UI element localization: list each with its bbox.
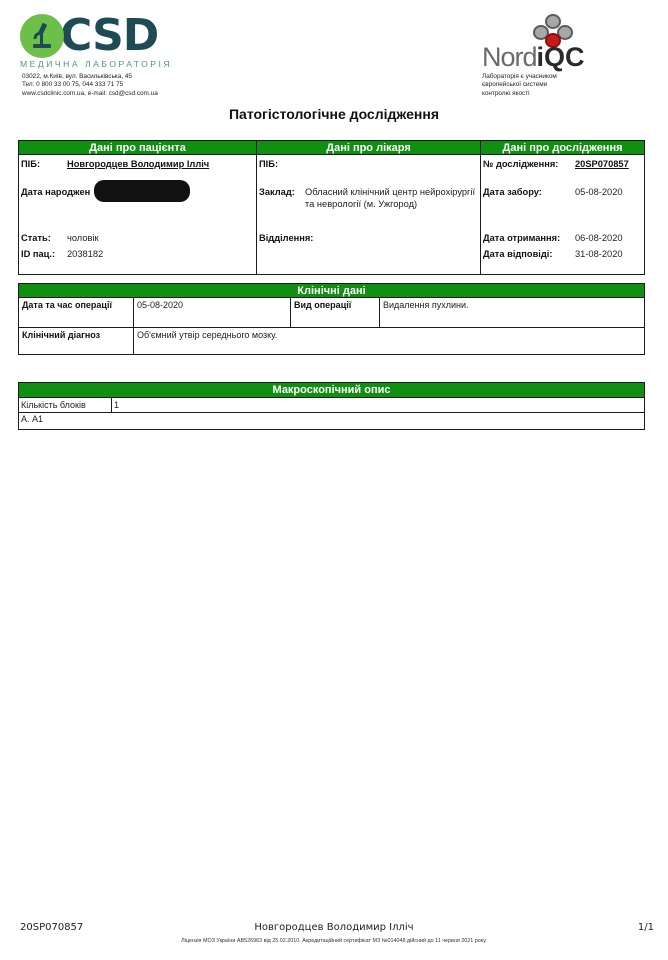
patient-name: Новгородцев Володимир Ілліч <box>67 159 209 169</box>
patient-id: 2038182 <box>67 249 103 259</box>
op-date: 05-08-2020 <box>134 298 291 327</box>
patient-name-label: ПІБ: <box>21 159 40 169</box>
diagnosis: Об'ємний утвір середнього мозку. <box>134 328 644 355</box>
department-label: Відділення: <box>259 233 313 243</box>
patient-dob-label: Дата народжен <box>21 187 90 197</box>
csd-logo: CSD МЕДИЧНА ЛАБОРАТОРІЯ <box>20 14 180 69</box>
csd-logo-text: CSD <box>60 14 158 58</box>
institution-line2: та неврології (м. Ужгород) <box>305 199 417 209</box>
doctor-header: Дані про лікаря <box>257 141 480 155</box>
study-section: Дані про дослідження № дослідження: 20SP… <box>481 141 644 274</box>
study-number-label: № дослідження: <box>483 159 558 169</box>
collection-date-label: Дата забору: <box>483 187 542 197</box>
nordiqc-desc-line: європейської системи <box>482 81 592 89</box>
nordiqc-thin: Nord <box>482 42 537 72</box>
info-table: Дані про пацієнта ПІБ: Новгородцев Волод… <box>18 140 645 275</box>
blocks-label: Кількість блоків <box>19 398 112 412</box>
diagnosis-label: Клінічний діагноз <box>19 328 134 355</box>
csd-web: www.csdclinic.com.ua, e-mail: csd@csd.co… <box>22 90 158 98</box>
response-date-label: Дата відповіді: <box>483 249 552 259</box>
csd-phone: Тел: 0 800 33 00 75, 044 333 71 75 <box>22 81 158 89</box>
patient-id-label: ID пац.: <box>21 249 55 259</box>
footer-study-number: 20SP070857 <box>20 922 83 933</box>
patient-section: Дані про пацієнта ПІБ: Новгородцев Волод… <box>19 141 257 274</box>
study-header: Дані про дослідження <box>481 141 644 155</box>
nordiqc-logo: NordiQC <box>482 14 612 70</box>
op-date-label: Дата та час операції <box>19 298 134 327</box>
blocks-count: 1 <box>112 398 644 412</box>
nordiqc-desc-line: контролю якості <box>482 90 592 98</box>
collection-date: 05-08-2020 <box>575 187 623 197</box>
patient-sex: чоловік <box>67 233 99 243</box>
clinical-table: Клінічні дані Дата та час операції 05-08… <box>18 283 645 355</box>
institution-label: Заклад: <box>259 187 295 197</box>
footer-page-number: 1/1 <box>638 922 654 933</box>
footer-patient-name: Новгородцев Володимир Ілліч <box>0 922 668 933</box>
patient-sex-label: Стать: <box>21 233 51 243</box>
received-date: 06-08-2020 <box>575 233 623 243</box>
redacted-dob <box>94 180 190 202</box>
nordiqc-description: Лабораторія є учасником європейської сис… <box>482 73 592 98</box>
study-number: 20SP070857 <box>575 159 629 169</box>
op-type: Видалення пухлини. <box>380 298 644 327</box>
macro-description: А. А1 <box>19 412 644 428</box>
csd-subtitle: МЕДИЧНА ЛАБОРАТОРІЯ <box>20 59 180 69</box>
patient-header: Дані про пацієнта <box>19 141 256 155</box>
institution-line1: Обласний клінічний центр нейрохірургії <box>305 187 475 197</box>
op-type-label: Вид операції <box>291 298 380 327</box>
document-title: Патогістологічне дослідження <box>0 106 668 122</box>
doctor-section: Дані про лікаря ПІБ: Заклад: Обласний кл… <box>257 141 481 274</box>
footer-license: Ліцензія МОЗ України АВ526963 від 25.02.… <box>0 938 668 944</box>
clinical-header: Клінічні дані <box>19 284 644 298</box>
csd-contacts: 03022, м.Київ, вул. Васильківська, 45 Те… <box>22 73 158 98</box>
csd-address: 03022, м.Київ, вул. Васильківська, 45 <box>22 73 158 81</box>
macro-header: Макроскопічний опис <box>19 383 644 397</box>
microscope-icon <box>20 14 64 58</box>
response-date: 31-08-2020 <box>575 249 623 259</box>
macro-table: Макроскопічний опис Кількість блоків 1 А… <box>18 382 645 430</box>
received-date-label: Дата отримання: <box>483 233 560 243</box>
doctor-name-label: ПІБ: <box>259 159 278 169</box>
nordiqc-bold: iQC <box>537 42 585 72</box>
